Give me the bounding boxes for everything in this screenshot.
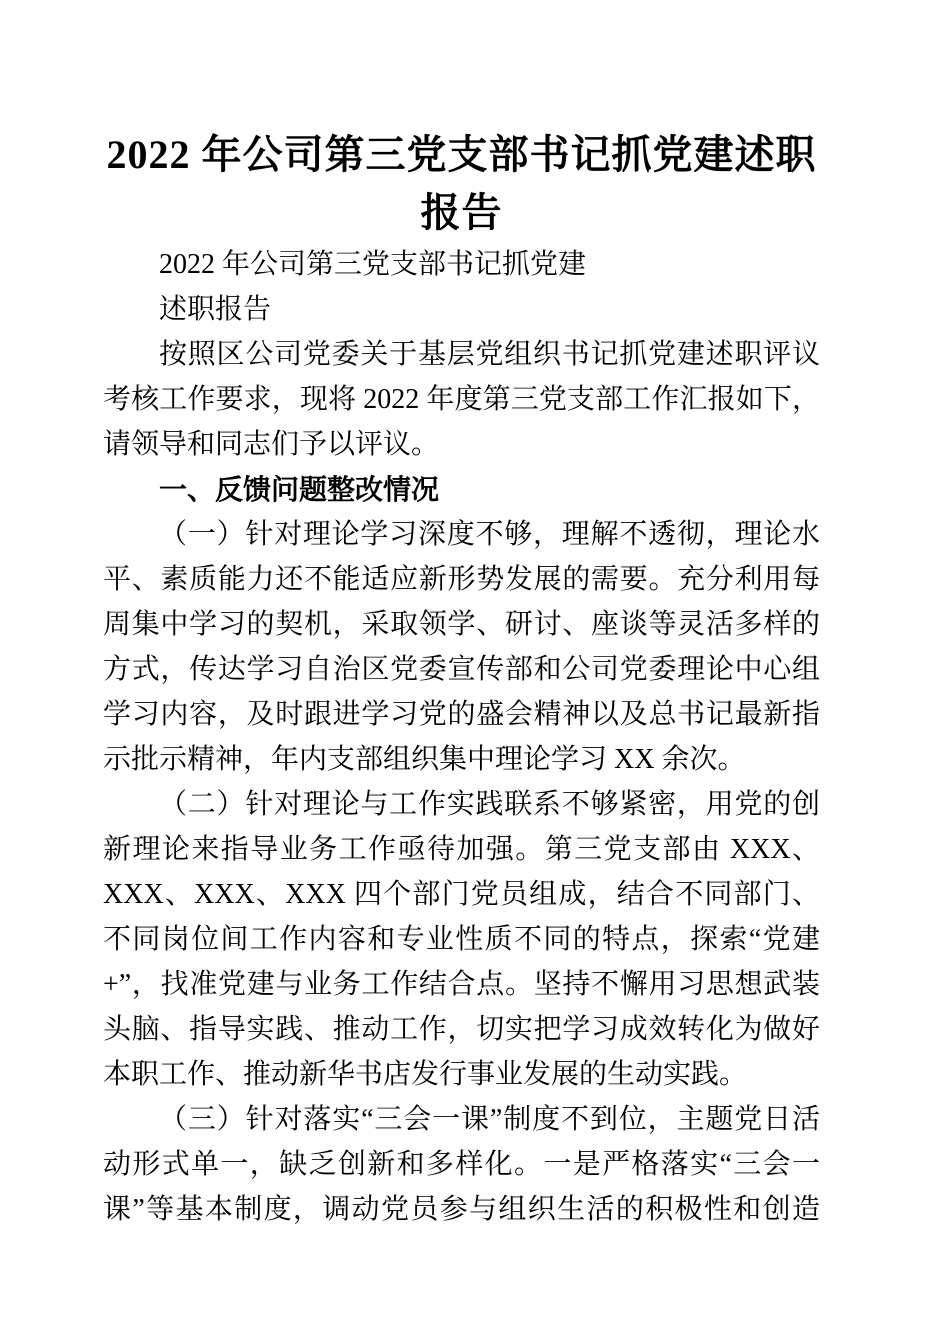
section-1-paragraph-2: （二）针对理论与工作实践联系不够紧密，用党的创新理论来指导业务工作亟待加强。第三… <box>103 782 820 1097</box>
subtitle-line-2: 述职报告 <box>103 287 820 332</box>
intro-paragraph: 按照区公司党委关于基层党组织书记抓党建述职评议考核工作要求，现将 2022 年度… <box>103 332 820 467</box>
subtitle-line-1: 2022 年公司第三党支部书记抓党建 <box>103 242 820 287</box>
section-1-heading: 一、反馈问题整改情况 <box>103 467 820 512</box>
section-1-paragraph-1: （一）针对理论学习深度不够，理解不透彻，理论水平、素质能力还不能适应新形势发展的… <box>103 512 820 782</box>
document-title: 2022 年公司第三党支部书记抓党建述职报告 <box>103 126 820 242</box>
section-1-paragraph-3-truncated: （三）针对落实“三会一课”制度不到位，主题党日活动形式单一，缺乏创新和多样化。一… <box>103 1097 820 1232</box>
document-page: 2022 年公司第三党支部书记抓党建述职报告 2022 年公司第三党支部书记抓党… <box>0 0 950 1344</box>
